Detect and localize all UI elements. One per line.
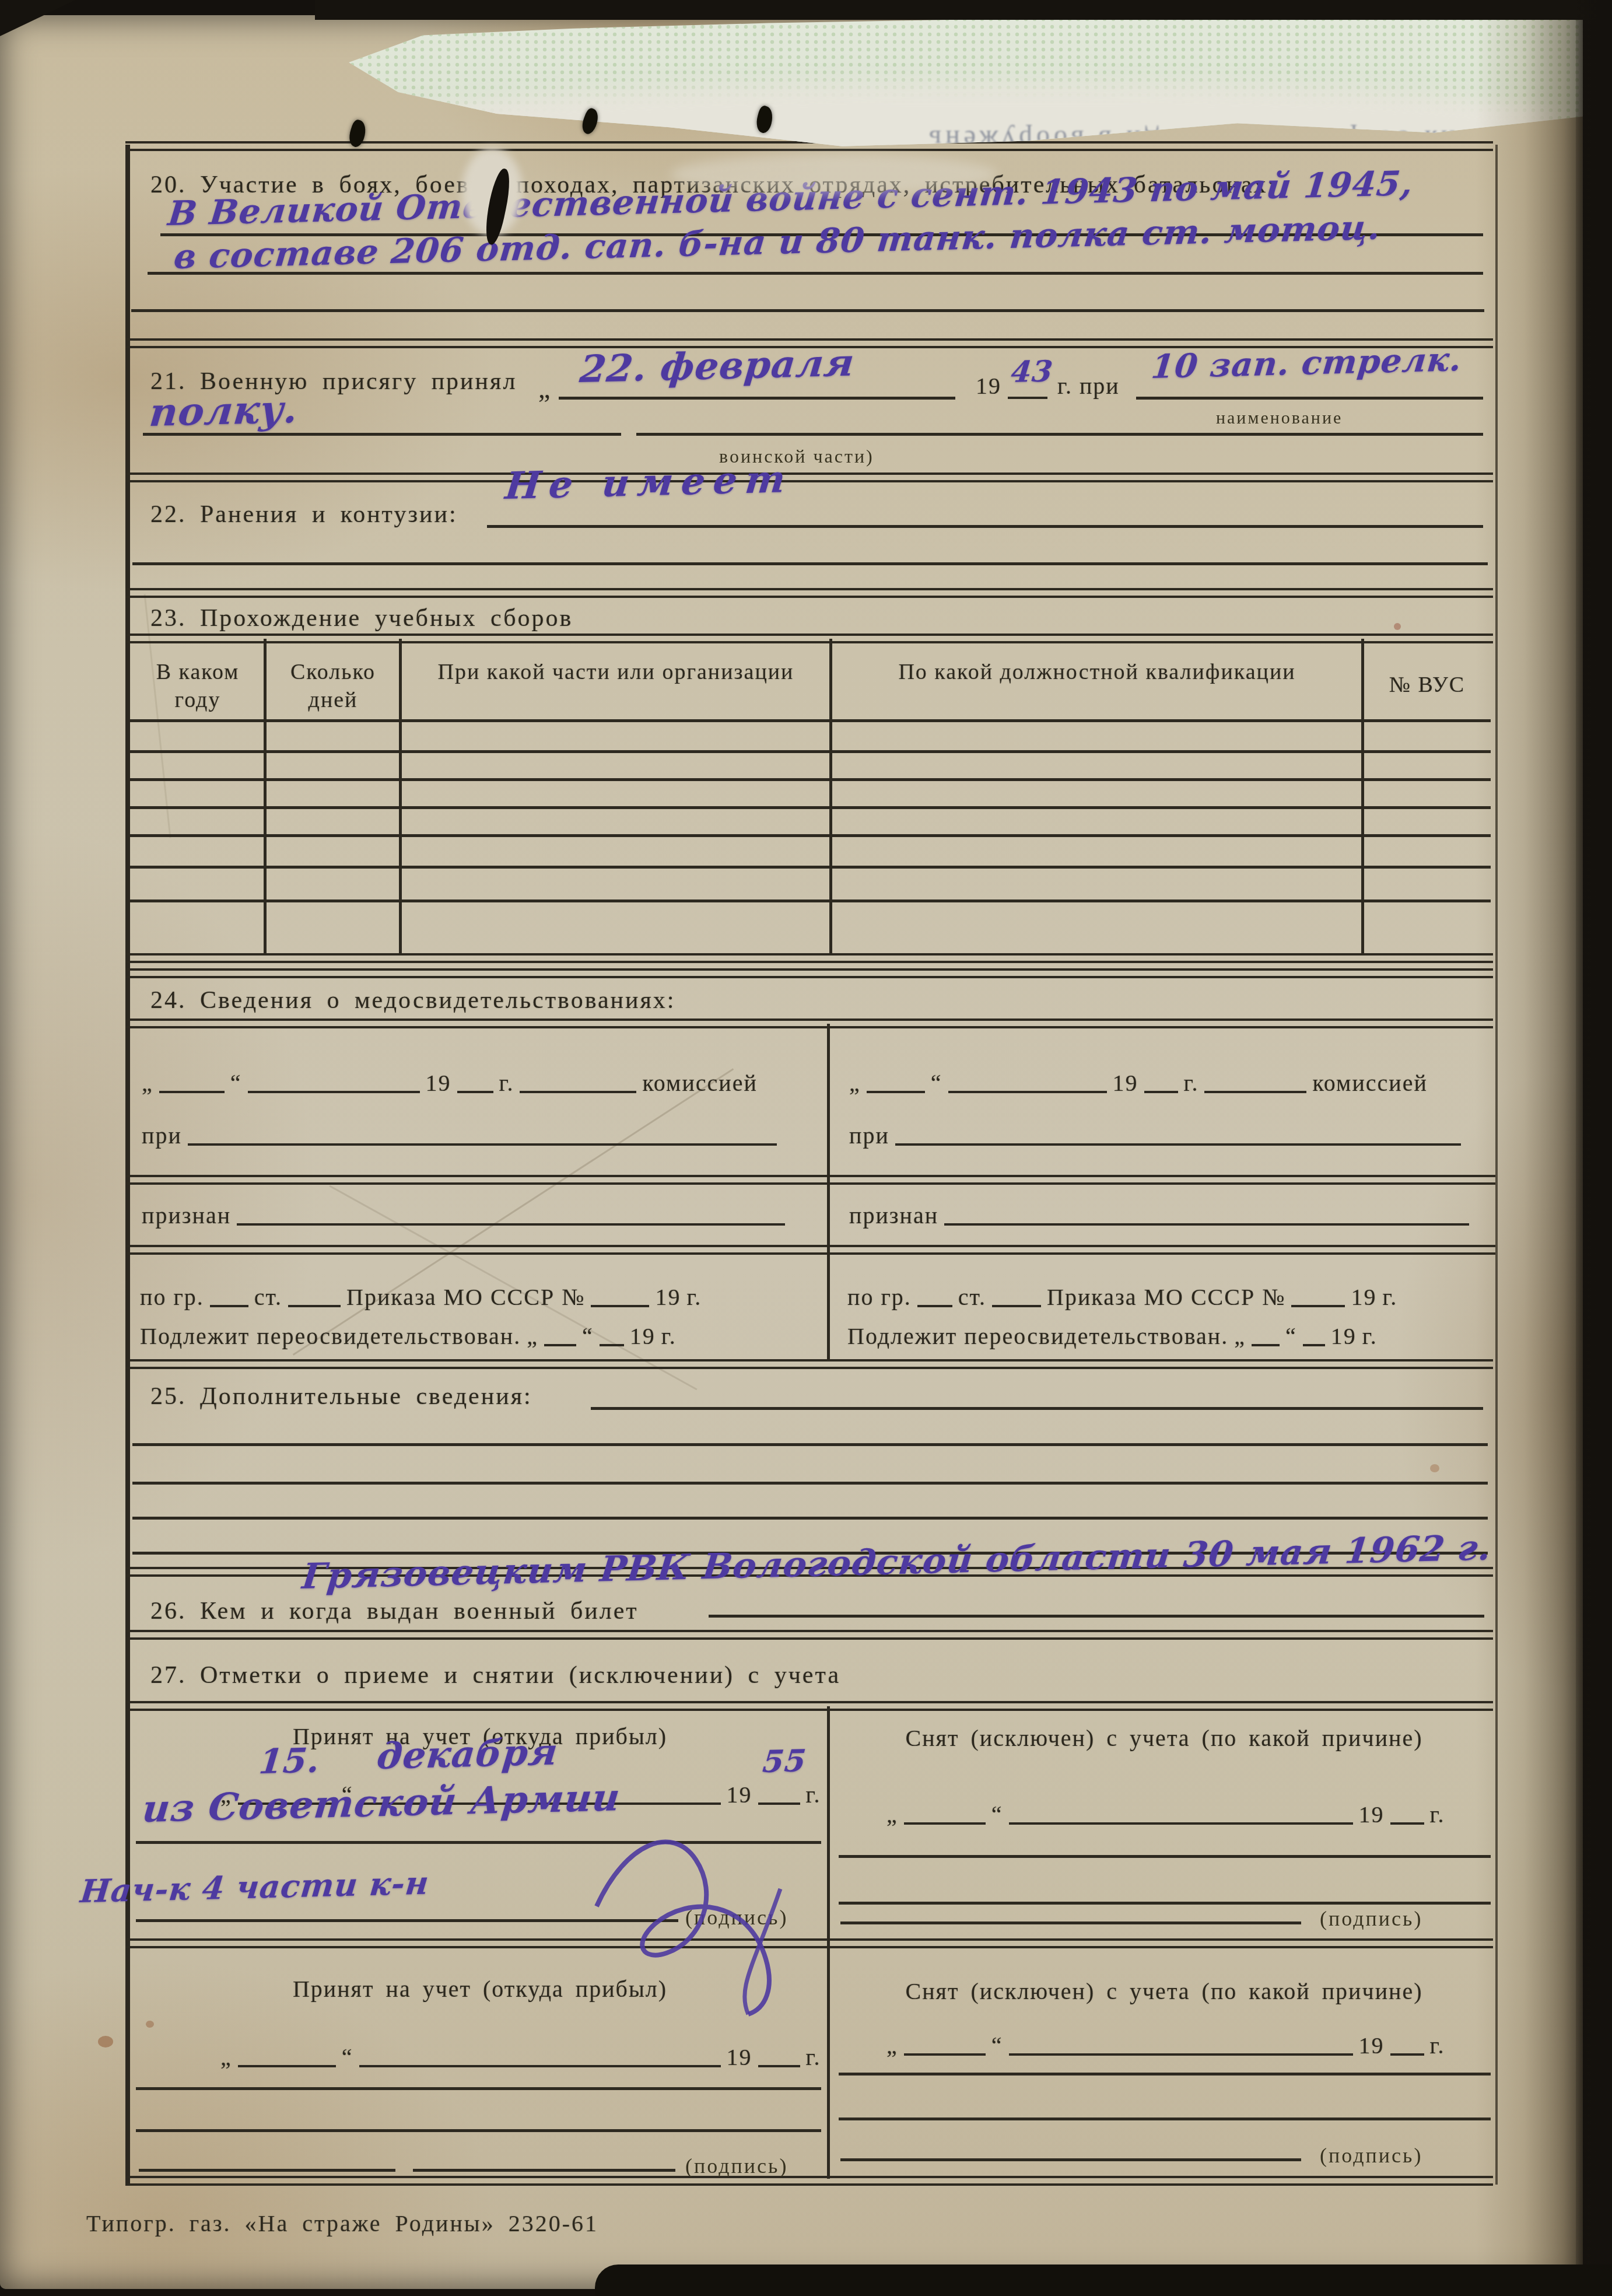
printed-g: г.: [1382, 1284, 1397, 1310]
section-divider: [125, 588, 1493, 598]
resurvey-label: Подлежит переосвидетельствован.: [140, 1323, 521, 1349]
blank-underline: [288, 1282, 341, 1307]
quote-mark: “: [582, 1323, 594, 1349]
blank-underline: [948, 1067, 1107, 1093]
printed-g: г.: [1430, 2032, 1445, 2059]
pri-label: при: [142, 1122, 182, 1149]
printed-g: г.: [1362, 1323, 1378, 1349]
printed-19: 19: [426, 1070, 451, 1096]
remove-date-line: „“19г.: [884, 2028, 1448, 2059]
section-26-label: 26. Кем и когда выдан военный билет: [150, 1597, 639, 1625]
blank-underline: [992, 1282, 1041, 1307]
blank-underline: [867, 1067, 925, 1093]
resurvey-label: Подлежит переосвидетельствован.: [847, 1323, 1228, 1349]
quote-mark: “: [342, 2044, 353, 2070]
section-divider: [125, 1019, 1493, 1028]
section-22-label: 22. Ранения и контузии:: [150, 501, 458, 528]
blank-underline: [1252, 1321, 1280, 1346]
ruled-line: [839, 2117, 1491, 2120]
commission-label: комиссией: [1312, 1070, 1427, 1096]
medical-pri-line: при: [846, 1118, 1464, 1149]
ruled-line: [125, 1245, 827, 1255]
printed-g: г.: [1184, 1070, 1199, 1096]
printed-g: г.: [661, 1323, 677, 1349]
signature-scribble: [573, 1714, 818, 2017]
blank-underline: [248, 1067, 420, 1093]
blank-underline: [487, 525, 1483, 528]
blank-underline: [1291, 1282, 1345, 1307]
blank-underline: [904, 2030, 986, 2056]
hint-naimenovanie: наименование: [1216, 408, 1343, 428]
printed-19: 19: [1359, 2032, 1385, 2059]
printed-19: 19: [630, 1323, 656, 1349]
print-shop-imprint: Типогр. газ. «На страже Родины» 2320-61: [86, 2210, 598, 2237]
table-row-line: [130, 778, 1491, 781]
printed-19: 19: [1351, 1284, 1376, 1310]
quote-mark: “: [1285, 1323, 1297, 1349]
quote-mark: „: [886, 1801, 898, 1828]
blank-underline: [895, 1120, 1461, 1146]
section-21-unit-continuation-handwritten: полку.: [148, 386, 300, 435]
section-25-label: 25. Дополнительные сведения:: [150, 1382, 532, 1410]
blank-underline: [1144, 1067, 1178, 1093]
ruled-line: [839, 1855, 1491, 1858]
photo-background-bottom: [595, 2264, 1612, 2296]
blank-underline: [591, 1282, 649, 1307]
medical-columns-divider: [827, 1024, 830, 1361]
ruled-line: [136, 2087, 821, 2090]
blank-underline: [904, 1799, 986, 1825]
document-page: действия обороны от ..зведи в вооружень …: [0, 15, 1583, 2289]
column-header-year: В каком году: [130, 658, 265, 714]
table-bottom-border: [125, 2176, 1493, 2186]
table-bottom-border: [125, 953, 1493, 963]
table-row-line: [130, 834, 1491, 837]
st-label: ст.: [254, 1284, 282, 1310]
printed-19: 19: [976, 372, 1001, 400]
column-header-days: Сколько дней: [265, 658, 401, 714]
table-column-line: [829, 639, 832, 956]
accept-official-handwritten: Нач-к 4 части к-н: [79, 1864, 431, 1910]
column-header-qualification: По какой должностной квалификации: [831, 658, 1363, 686]
ruled-line: [839, 2073, 1491, 2075]
section-divider: [125, 1630, 1493, 1640]
quote-mark: „: [886, 2032, 898, 2059]
st-label: ст.: [958, 1284, 986, 1310]
section-22-answer-handwritten: Не имеет: [503, 457, 796, 508]
signature-hint: (подпись): [1320, 2143, 1422, 2168]
section-27-label: 27. Отметки о приеме и снятии (исключени…: [150, 1661, 840, 1689]
pri-label: при: [849, 1122, 889, 1149]
medical-date-line: „“19г.комиссией: [139, 1065, 761, 1097]
accept-month-handwritten: декабря: [375, 1730, 560, 1777]
quote-mark: “: [230, 1070, 242, 1096]
ruled-line: [132, 1482, 1488, 1485]
quote-mark: “: [931, 1070, 942, 1096]
section-24-label: 24. Сведения о медосвидетельствованиях:: [150, 986, 676, 1014]
ruled-line: [132, 562, 1488, 565]
accept-date-line: „“19г.: [218, 2039, 823, 2071]
blank-underline: [944, 1200, 1469, 1226]
printed-g: г.: [806, 2044, 821, 2070]
table-row-line: [130, 900, 1491, 902]
table-column-line: [264, 639, 267, 956]
blank-underline: [1136, 397, 1483, 400]
blank-underline: [591, 1407, 1483, 1410]
medical-order-line: по гр.ст.Приказа МО СССР №19г.: [844, 1279, 1400, 1311]
order-label: Приказа МО СССР №: [346, 1284, 585, 1310]
photo-background-top: [315, 0, 1612, 20]
remove-date-line: „“19г.: [884, 1797, 1448, 1828]
blank-underline: [237, 1200, 785, 1226]
printed-g: г.: [686, 1284, 702, 1310]
blank-underline: [544, 1321, 576, 1346]
priznan-label: признан: [142, 1202, 231, 1228]
table-row-line: [130, 866, 1491, 869]
blank-underline: [520, 1067, 636, 1093]
ruled-line: [132, 1443, 1488, 1446]
quote-mark: “: [991, 1801, 1003, 1828]
printed-19: 19: [727, 2044, 752, 2070]
blank-underline: [1390, 2030, 1424, 2056]
medical-resurvey-line: Подлежит переосвидетельствован.„“19г.: [137, 1318, 679, 1350]
remove-title: Снят (исключен) с учета (по какой причин…: [846, 1978, 1482, 2005]
printed-g: г.: [1430, 1801, 1445, 1828]
priznan-label: признан: [849, 1202, 938, 1228]
ruled-line: [148, 272, 1483, 275]
blank-underline: [840, 2158, 1301, 2161]
commission-label: комиссией: [642, 1070, 757, 1096]
ruled-line: [839, 1902, 1491, 1905]
po-gr-label: по гр.: [847, 1284, 912, 1310]
section-divider: [125, 473, 1493, 482]
table-row-line: [130, 719, 1491, 722]
blank-underline: [159, 1067, 225, 1093]
white-smudge: [671, 154, 997, 195]
order-label: Приказа МО СССР №: [1047, 1284, 1285, 1310]
printed-19: 19: [1359, 1801, 1385, 1828]
printed-19: 19: [1113, 1070, 1138, 1096]
blank-underline: [238, 2042, 336, 2067]
quote-mark: “: [991, 2032, 1003, 2059]
table-row-line: [130, 750, 1491, 753]
medical-order-line: по гр.ст.Приказа МО СССР №19г.: [137, 1279, 705, 1311]
blank-underline: [758, 2042, 800, 2067]
blank-underline: [1390, 1799, 1424, 1825]
table-column-line: [1361, 639, 1364, 956]
po-gr-label: по гр.: [140, 1284, 204, 1310]
ruled-line: [136, 2129, 821, 2132]
stain-speck: [98, 2036, 113, 2048]
quote-mark: „: [849, 1070, 861, 1096]
blank-underline: [559, 397, 955, 400]
blank-underline: [709, 1615, 1484, 1618]
blank-underline: [139, 2169, 395, 2172]
printed-19: 19: [655, 1284, 681, 1310]
section-21-unit-handwritten: 10 зап. стрелк.: [1150, 340, 1464, 386]
column-header-vus: № ВУС: [1363, 671, 1491, 699]
blank-underline: [1303, 1321, 1325, 1346]
ruled-line: [132, 1517, 1488, 1520]
medical-date-line: „“19г.комиссией: [846, 1065, 1431, 1097]
signature-hint: (подпись): [685, 2154, 788, 2178]
section-divider: [125, 968, 1493, 978]
ruled-line: [636, 433, 1483, 436]
quote-mark: „: [142, 1070, 153, 1096]
blank-underline: [457, 1067, 493, 1093]
blank-underline: [600, 1321, 624, 1346]
ruled-line: [830, 1245, 1495, 1255]
accept-day-handwritten: 15.: [257, 1740, 322, 1781]
medical-priznan-line: признан: [139, 1198, 788, 1229]
section-divider: [125, 1359, 1493, 1369]
blank-underline: [188, 1120, 777, 1146]
table-top-border: [125, 633, 1493, 643]
quote-mark: „: [527, 1323, 538, 1349]
blank-underline: [1008, 397, 1047, 399]
table-top-border: [125, 1701, 1493, 1711]
table-column-line: [399, 639, 402, 956]
blank-underline: [1204, 1067, 1306, 1093]
blank-underline: [840, 1922, 1301, 1924]
quote-mark: „: [220, 2044, 232, 2070]
section-23-label: 23. Прохождение учебных сборов: [150, 604, 573, 632]
section-21-year-handwritten: 43: [1010, 353, 1055, 389]
medical-resurvey-line: Подлежит переосвидетельствован.„“19г.: [844, 1318, 1380, 1350]
photo-background-right: [1576, 0, 1612, 2296]
medical-pri-line: при: [139, 1118, 780, 1149]
blank-underline: [359, 2042, 721, 2067]
printed-g-pri: г. при: [1057, 372, 1120, 400]
column-header-unit: При какой части или организации: [401, 658, 831, 686]
ruled-line: [131, 309, 1484, 312]
blank-underline: [413, 2169, 675, 2172]
quote-mark: „: [1234, 1323, 1246, 1349]
blank-underline: [917, 1282, 952, 1307]
section-26-answer-handwritten: Грязовецким РВК Вологодской области 30 м…: [300, 1527, 1493, 1597]
printed-19: 19: [1331, 1323, 1357, 1349]
form-frame: 20. Участие в боях, боевых походах, парт…: [125, 145, 1498, 2185]
quote-mark: „: [538, 373, 551, 404]
frame-top-border: [125, 141, 1493, 151]
section-21-date-handwritten: 22. февраля: [578, 341, 857, 391]
accept-from-handwritten: из Советской Армии: [141, 1776, 622, 1831]
ruled-line: [830, 1175, 1495, 1185]
printed-g: г.: [499, 1070, 514, 1096]
remove-title: Снят (исключен) с учета (по какой причин…: [846, 1724, 1482, 1752]
blank-underline: [1009, 2030, 1353, 2056]
table-row-line: [130, 806, 1491, 809]
ruled-line: [125, 1175, 827, 1185]
medical-priznan-line: признан: [846, 1198, 1472, 1229]
blank-underline: [1009, 1799, 1353, 1825]
torn-paper-overlay: действия обороны от ..зведи в вооружень: [349, 16, 1583, 152]
blank-underline: [210, 1282, 248, 1307]
signature-hint: (подпись): [1320, 1906, 1422, 1931]
